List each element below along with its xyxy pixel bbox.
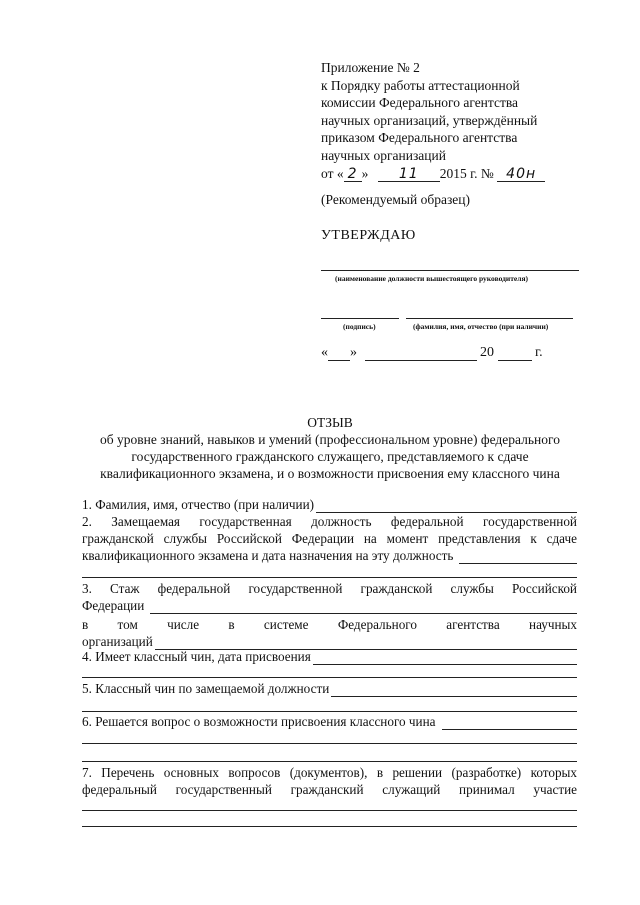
item-2: 2. Замещаемая государственная должность … <box>82 513 577 564</box>
date-open-quote: « <box>321 345 328 360</box>
title-subline: об уровне знаний, навыков и умений (проф… <box>60 431 600 448</box>
position-field-line[interactable] <box>321 270 579 271</box>
item-4: 4. Имеет классный чин, дата присвоения <box>82 648 577 665</box>
appendix-line: приказом Федерального агентства <box>321 129 591 147</box>
item-5-extra-line[interactable] <box>82 711 577 712</box>
year-suffix: г. <box>535 345 543 360</box>
appendix-header: Приложение № 2 к Порядку работы аттестац… <box>321 59 591 182</box>
service-length-field[interactable] <box>150 601 577 614</box>
position-class-rank-field[interactable] <box>331 684 577 697</box>
year-prefix: 20 <box>480 345 494 360</box>
title-subline: квалификационного экзамена, и о возможно… <box>60 465 600 482</box>
item-5: 5. Классный чин по замещаемой должности <box>82 680 577 697</box>
item-5-label: 5. Классный чин по замещаемой должности <box>82 680 329 697</box>
item-6-extra-line[interactable] <box>82 761 577 762</box>
item-7-field-line[interactable] <box>82 810 577 811</box>
item-6-extra-line[interactable] <box>82 743 577 744</box>
approval-date-row: « » 20 г. <box>321 345 543 361</box>
appendix-line: научных организаций, утверждённый <box>321 112 591 130</box>
appendix-number: Приложение № 2 <box>321 59 591 77</box>
item-2-extra-line[interactable] <box>82 577 577 578</box>
date-close-quote: » <box>350 345 357 360</box>
item-3-line: 3. Стаж федеральной государственной граж… <box>82 580 577 597</box>
item-3: 3. Стаж федеральной государственной граж… <box>82 580 577 650</box>
item-2-line: 2. Замещаемая государственная должность … <box>82 513 577 530</box>
appendix-line: научных организаций <box>321 147 591 165</box>
item-3-line: в том числе в системе Федерального агент… <box>82 616 577 633</box>
name-caption: (фамилия, имя, отчество (при наличии) <box>413 322 548 331</box>
title-subline: государственного гражданского служащего,… <box>60 448 600 465</box>
order-day: 2 <box>344 167 362 182</box>
class-rank-field[interactable] <box>313 652 577 665</box>
item-3-line: Федерации <box>82 597 144 614</box>
date-mid: » <box>362 166 369 181</box>
approval-month-field[interactable] <box>365 346 477 361</box>
item-6: 6. Решается вопрос о возможности присвое… <box>82 713 577 730</box>
name-field-line[interactable] <box>406 318 573 319</box>
position-caption: (наименование должности вышестоящего рук… <box>335 274 528 283</box>
signature-caption: (подпись) <box>343 322 376 331</box>
item-6-label: 6. Решается вопрос о возможности присвое… <box>82 713 436 730</box>
item-7-field-line[interactable] <box>82 826 577 827</box>
item-7: 7. Перечень основных вопросов (документо… <box>82 764 577 798</box>
recommended-sample-label: (Рекомендуемый образец) <box>321 192 470 208</box>
rank-decision-field[interactable] <box>442 717 577 730</box>
item-2-line: гражданской службы Российской Федерации … <box>82 530 577 547</box>
order-year: 2015 г. № <box>440 166 494 181</box>
item-4-extra-line[interactable] <box>82 677 577 678</box>
order-month: 11 <box>378 167 440 182</box>
date-prefix: от « <box>321 166 344 181</box>
item-7-line: федеральный государственный гражданский … <box>82 781 577 798</box>
item-1-label: 1. Фамилия, имя, отчество (при наличии) <box>82 496 314 513</box>
order-date-line: от «2» 112015 г. № 40н <box>321 165 591 183</box>
approval-year-field[interactable] <box>498 346 532 361</box>
item-7-line: 7. Перечень основных вопросов (документо… <box>82 764 577 781</box>
approval-day-field[interactable] <box>328 346 350 361</box>
appendix-line: комиссии Федерального агентства <box>321 94 591 112</box>
document-title: ОТЗЫВ <box>60 414 600 431</box>
full-name-field[interactable] <box>316 500 577 513</box>
approve-heading: УТВЕРЖДАЮ <box>321 228 416 244</box>
position-date-field[interactable] <box>459 551 577 564</box>
appendix-line: к Порядку работы аттестационной <box>321 77 591 95</box>
item-1: 1. Фамилия, имя, отчество (при наличии) <box>82 496 577 513</box>
order-number: 40н <box>497 167 545 182</box>
item-2-line: квалификационного экзамена и дата назнач… <box>82 547 453 564</box>
document-title-block: ОТЗЫВ об уровне знаний, навыков и умений… <box>60 414 600 482</box>
item-4-label: 4. Имеет классный чин, дата присвоения <box>82 648 311 665</box>
signature-field-line[interactable] <box>321 318 399 319</box>
